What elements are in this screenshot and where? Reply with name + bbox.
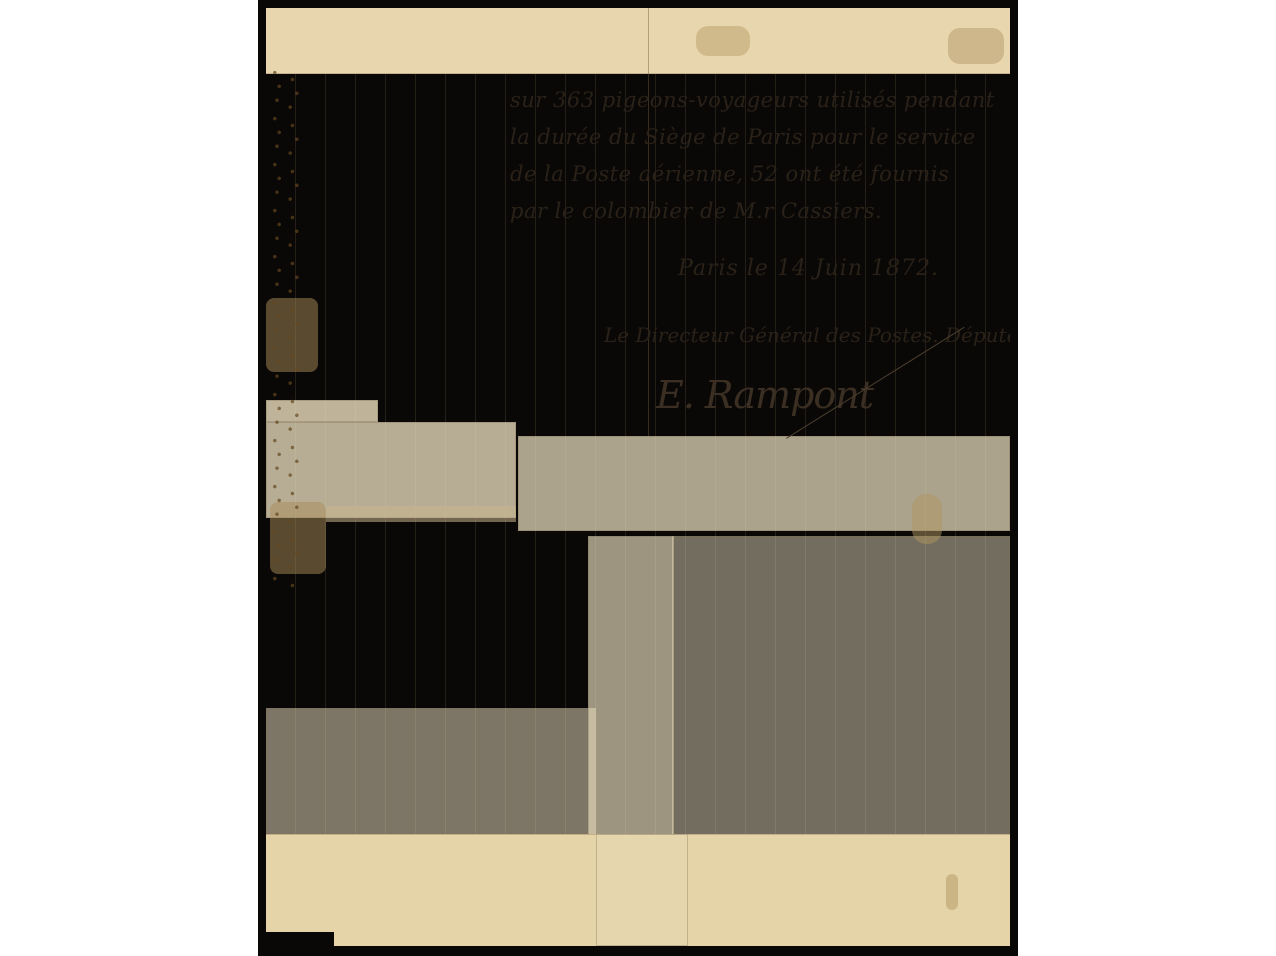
stain-top-right: [948, 28, 1004, 64]
stain-top-center: [696, 26, 750, 56]
document-sheet: sur 363 pigeons-voyageurs utilisés penda…: [266, 8, 1010, 946]
top-ruled-strip: [266, 8, 1010, 74]
body-line-4: par le colombier de M.r Cassiers.: [510, 193, 1010, 230]
dateline: Paris le 14 Juin 1872.: [678, 256, 939, 281]
stain-bottom-right: [946, 874, 958, 910]
foxing-spots-left-edge: [266, 68, 310, 588]
repair-tape-vertical-bottom: [596, 834, 688, 946]
handwritten-body: sur 363 pigeons-voyageurs utilisés penda…: [510, 82, 1010, 230]
body-line-3: de la Poste aérienne, 52 ont été fournis: [510, 156, 1010, 193]
missing-corner-notch: [266, 932, 334, 946]
body-line-2: la durée du Siège de Paris pour le servi…: [510, 119, 1010, 156]
lower-right-paper-panel: [672, 536, 1010, 836]
signature: E. Rampont: [656, 373, 873, 417]
lower-left-paper-panel: [266, 708, 596, 834]
repair-tape-band: [326, 506, 516, 522]
stain-right-middle: [912, 494, 942, 544]
body-line-1: sur 363 pigeons-voyageurs utilisés penda…: [510, 82, 1010, 119]
